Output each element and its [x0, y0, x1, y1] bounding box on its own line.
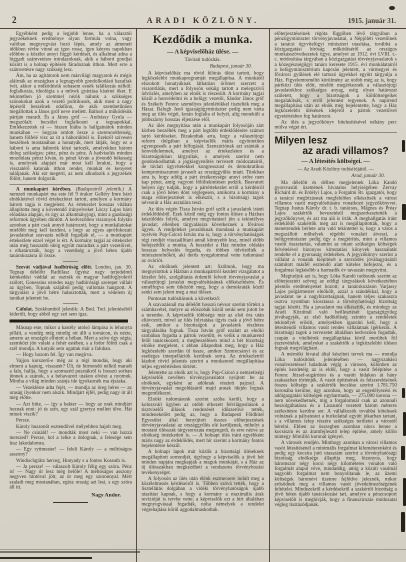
- news-item-cafolat: Cáfolat. Szukhumból jelentik: A Bud. Tud…: [10, 307, 132, 317]
- article-subtitle-2: Távirati tudósítás.: [142, 57, 264, 63]
- signature: Nagy Andor.: [10, 492, 132, 498]
- news-item-munkapart: A munkapárt körében. (Budapestről jelent…: [10, 187, 132, 259]
- paragraph: Jelentette az elnök azt is, hogy Pop-Csi…: [142, 370, 264, 396]
- paragraph: Az ülés a jegyzőkönyv hitelesítésével né…: [274, 120, 396, 130]
- news-item-text: A nemzeti munkapárt ma este fél 9 órakor…: [10, 186, 132, 258]
- story-dialogue: — Hogy hozom fel. Így van megírva.: [10, 352, 132, 357]
- end-rule: [53, 502, 88, 503]
- paragraph: A mérnöki hivatal által készített tervek…: [274, 352, 396, 440]
- paragraph: Ma délelőtt és délben megjelentek Lóka K…: [274, 180, 396, 273]
- column-right: előterjesztéseinek régóta függőben lévő …: [269, 29, 401, 562]
- paragraph: Az elnöknek jelentett azt: Szóltunk, hog…: [142, 264, 264, 295]
- scan-artifact: [402, 204, 406, 220]
- scan-stain: [300, 90, 330, 104]
- paragraph: A holnapi lapok már közlik a bizottsági …: [142, 450, 264, 476]
- article-subtitle: — A létesítés költségei. —: [274, 157, 396, 165]
- scan-artifact: [402, 140, 405, 152]
- separator: [63, 303, 78, 304]
- column-center-content: Kezdődik a munka. — A képviselőház ülése…: [137, 29, 268, 512]
- column-right-content: előterjesztéseinek régóta függőben lévő …: [270, 29, 401, 508]
- issue-date: 1915. január 31.: [348, 17, 396, 25]
- scan-artifact: [389, 6, 395, 10]
- story-paragraph: Persze.: [10, 418, 132, 423]
- thick-rule: [10, 320, 129, 323]
- scan-artifact: [0, 549, 406, 550]
- article-subtitle: — A képviselőház ülése. —: [142, 48, 264, 56]
- story-dialogue: — Vezeklésre adta fejét, — mondja az öre…: [10, 385, 132, 400]
- scan-stain: [200, 470, 250, 486]
- dateline: Arad, január 30.: [274, 173, 396, 179]
- story-dialogue: — Azt hitte, — így a bakter — hogy az ur…: [10, 402, 132, 417]
- scan-stain: [340, 300, 366, 312]
- paragraph: A képviselőház ma rövid félórás ülést ta…: [142, 71, 264, 122]
- newspaper-scan: 2 ARADI KÖZLÖNY. 1915. január 31. Egyébk…: [0, 0, 406, 562]
- paragraph: Az ülés megnyitása után a munkapárt foly…: [142, 123, 264, 205]
- story-paragraph: Károly huszonöt esztendővel mélyebben ha…: [10, 424, 132, 429]
- paragraph: Megtudjuk azt is, hogy Lóka Kandó tudósu…: [274, 274, 396, 351]
- scan-artifact: [402, 388, 405, 398]
- paragraph: Pontosan tudósításunk a következő:: [142, 296, 264, 301]
- paragraph: A szavazásnál ma délelőtt hosszú névsor …: [142, 303, 264, 370]
- story-paragraph: Windischgrätz herceg, Hunyady s a fontos…: [10, 458, 132, 463]
- paragraph: Az ülés végén Tisza István gróf szólt a …: [142, 207, 264, 264]
- dateline: Budapest, január 30.: [142, 64, 264, 70]
- scan-artifact: [401, 446, 405, 460]
- article-headline: Kezdődik a munka.: [142, 33, 264, 46]
- story-paragraph: Másnap este, mikor a kastély utolsó lámp…: [10, 326, 132, 352]
- story-paragraph: Vajjon korszerű-e még az a régi mondás, …: [10, 359, 132, 385]
- story-dialogue: — Ja persze! — válaszolt Károly félig eg…: [10, 464, 132, 490]
- scan-artifact: [0, 557, 92, 559]
- news-item-text: London, jan. 30. Tegnap délelőtt Radilla…: [10, 264, 132, 300]
- news-item-szevat: Szevát vádjával hadbíróság előtt. London…: [10, 265, 132, 301]
- column-left: Egyébként pedig a legjobb lenne, ha a vá…: [5, 29, 136, 562]
- continuation-paragraph: előterjesztéseinek régóta függőben lévő …: [274, 32, 396, 120]
- scan-stain: [60, 250, 100, 268]
- page-header: 2 ARADI KÖZLÖNY. 1915. január 31.: [10, 14, 396, 27]
- paragraph: Ám, ha az agitátorok nem másvilági magya…: [10, 74, 132, 182]
- headline-line1: Milyen lesz: [274, 135, 327, 146]
- paragraph: Elnöki tudomásunk szerint szóba került, …: [142, 397, 264, 448]
- scan-artifact: [0, 551, 140, 553]
- masthead: ARADI KÖZLÖNY.: [10, 16, 396, 25]
- section-rule: [10, 184, 132, 185]
- section-rule: [274, 132, 396, 133]
- story-dialogue: — Egy ryttmester! — feleli Károly — a mé…: [10, 447, 132, 457]
- article-headline-villamos: Milyen leszaz aradi villamos?: [274, 135, 396, 156]
- paragraph: Egyébként pedig a legjobb lenne, ha a vá…: [10, 32, 132, 73]
- headline-line2: az aradi villamos?: [302, 146, 396, 157]
- article-subtitle-2: — Az Aradi Közlöny tudósítójától. —: [274, 166, 396, 172]
- scan-artifact: [401, 512, 405, 532]
- paragraph: A városok rendjén. Minthogy azonban a vá…: [274, 441, 396, 508]
- story-dialogue: — Ne csináld! — mondták most neki — van …: [10, 431, 132, 446]
